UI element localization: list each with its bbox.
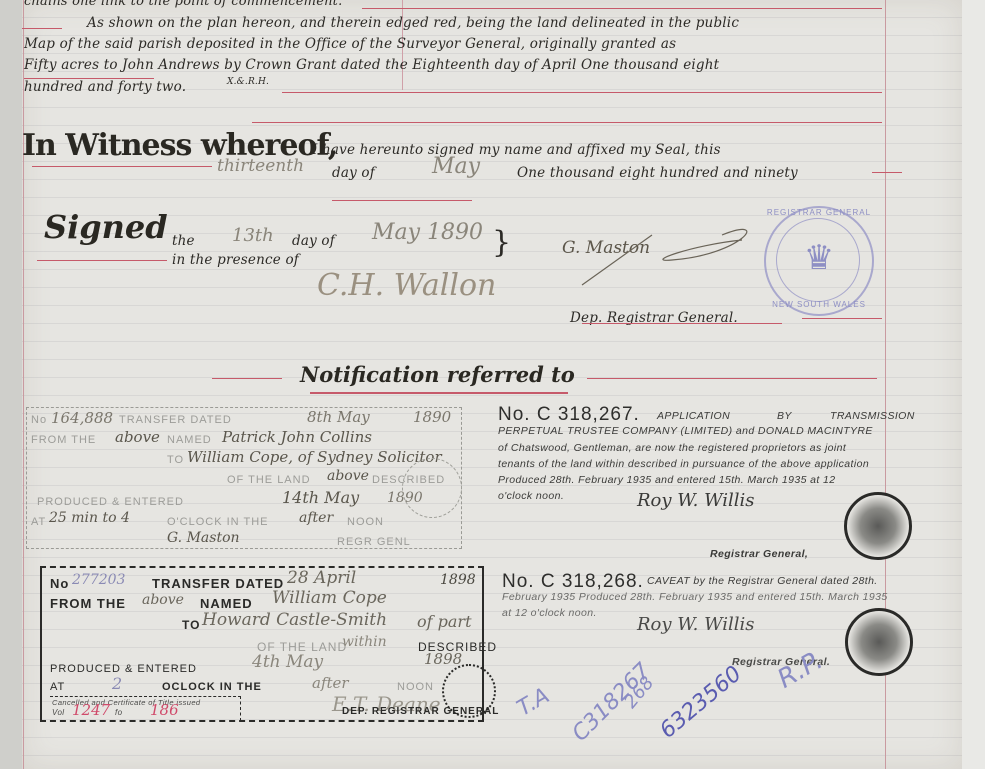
stamp2-of-part: of part bbox=[417, 612, 472, 631]
entry1-line5: Produced 28th. February 1935 and entered… bbox=[498, 474, 836, 486]
binding-edge bbox=[0, 0, 23, 769]
cancelled-fol: 186 bbox=[150, 701, 179, 719]
red-rule bbox=[310, 392, 568, 394]
stamp1-to-value: William Cope, of Sydney Solicitor bbox=[187, 448, 442, 466]
description-line-2: As shown on the plan hereon, and therein… bbox=[87, 15, 739, 31]
registrar-seal-black bbox=[844, 492, 912, 560]
stamp2-year: 1898 bbox=[440, 572, 476, 588]
stamp2-to-label: TO bbox=[182, 618, 200, 632]
red-rule bbox=[872, 172, 902, 173]
witness-text: I have hereunto signed my name and affix… bbox=[312, 142, 721, 158]
witness-year-text: One thousand eight hundred and ninety bbox=[517, 165, 798, 181]
stamp2-from-label: FROM THE bbox=[50, 596, 126, 611]
description-line-1: chains one link to the point of commence… bbox=[24, 0, 342, 9]
signed-day-of: day of bbox=[292, 233, 335, 249]
red-rule bbox=[22, 28, 62, 29]
stamp2-of-land-value: within bbox=[342, 634, 387, 650]
entry1-line6: o'clock noon. bbox=[498, 490, 564, 502]
stamp2-number: 277203 bbox=[72, 572, 125, 588]
description-line-3: Map of the said parish deposited in the … bbox=[24, 36, 676, 52]
stamp1-dated: 8th May bbox=[307, 408, 370, 426]
cancelled-vol: 1247 bbox=[72, 701, 110, 719]
entry2-line1: CAVEAT by the Registrar General dated 28… bbox=[647, 575, 878, 587]
stamp1-seal bbox=[402, 458, 462, 518]
stamp1-year: 1890 bbox=[413, 408, 451, 426]
stamp1-to-label: TO bbox=[167, 454, 184, 466]
stamp1-reg-gen-label: REGR GENL bbox=[337, 536, 411, 548]
stamp1-of-land-value: above bbox=[327, 468, 369, 484]
left-margin-rule bbox=[23, 0, 24, 769]
stamp1-from-label: FROM THE bbox=[31, 434, 96, 446]
entry1-heading-application: APPLICATION bbox=[657, 410, 730, 422]
signed-day: 13th bbox=[232, 225, 274, 246]
red-rule bbox=[282, 92, 882, 93]
initials: X.&.R.H. bbox=[227, 77, 269, 87]
red-rule bbox=[802, 318, 882, 319]
witness-signature: C.H. Wallon bbox=[317, 268, 496, 303]
stamp2-named-value: William Cope bbox=[272, 588, 387, 608]
stamp2-from-value: above bbox=[142, 592, 184, 608]
signed-presence: in the presence of bbox=[172, 252, 299, 268]
entry1-line2: PERPETUAL TRUSTEE COMPANY (LIMITED) and … bbox=[498, 425, 873, 437]
entry1-title: Registrar General, bbox=[710, 548, 808, 560]
seal-top-text: REGISTRAR GENERAL bbox=[766, 208, 872, 217]
stamp2-at-value: 2 bbox=[112, 674, 122, 693]
entry2-line2: February 1935 Produced 28th. February 19… bbox=[502, 591, 888, 603]
stamp1-clock-label: O'CLOCK IN THE bbox=[167, 516, 268, 528]
stamp2-transfer-dated-label: TRANSFER DATED bbox=[152, 576, 284, 591]
red-rule bbox=[587, 378, 877, 379]
witness-day-handwritten: thirteenth bbox=[217, 156, 304, 176]
stamp1-signature: G. Maston bbox=[167, 530, 240, 546]
signed-heading: Signed bbox=[44, 208, 168, 246]
stamp1-no-label: No bbox=[31, 414, 47, 426]
signed-month-year: May 1890 bbox=[372, 220, 483, 245]
red-rule bbox=[212, 378, 282, 379]
stamp1-named-label: NAMED bbox=[167, 434, 212, 446]
cancelled-vol-label: Vol bbox=[52, 708, 64, 717]
red-rule bbox=[582, 323, 782, 324]
entry1-heading-transmission: TRANSMISSION bbox=[830, 410, 915, 422]
transfer-stamp-277203: No 277203 TRANSFER DATED 28 April 1898 F… bbox=[40, 566, 484, 722]
stamp2-to-value: Howard Castle-Smith bbox=[202, 610, 387, 630]
entry1-line4: tenants of the land within described in … bbox=[498, 458, 869, 470]
brace: } bbox=[492, 225, 511, 260]
entry2-number: No. C 318,268. bbox=[502, 571, 644, 593]
stamp1-noon-label: NOON bbox=[347, 516, 384, 528]
entry2-line3: at 12 o'clock noon. bbox=[502, 607, 597, 619]
stamp2-dated: 28 April bbox=[287, 568, 356, 588]
stamp2-seal bbox=[442, 664, 496, 718]
entry2-signature: Roy W. Willis bbox=[637, 614, 755, 635]
signed-the: the bbox=[172, 233, 195, 249]
stamp1-of-land-label: OF THE LAND bbox=[227, 474, 311, 486]
register-page: chains one link to the point of commence… bbox=[22, 0, 962, 769]
witness-month: May bbox=[432, 154, 480, 179]
stamp1-named-value: Patrick John Collins bbox=[222, 428, 372, 446]
stamp1-clock-value: after bbox=[299, 510, 333, 526]
stamp1-number: 164,888 bbox=[51, 409, 113, 427]
pencil-note-6323560: 6323560 bbox=[655, 661, 746, 743]
cancelled-box: Cancelled and Certificate of Title issue… bbox=[50, 696, 241, 721]
stamp2-no-label: No bbox=[50, 576, 69, 591]
witness-day-of: day of bbox=[332, 165, 375, 181]
red-rule bbox=[362, 8, 882, 9]
pencil-note-rp: R.P. bbox=[773, 645, 828, 694]
stamp2-clock-label: OCLOCK IN THE bbox=[162, 681, 262, 693]
registrar-general-seal: REGISTRAR GENERAL ♛ NEW SOUTH WALES bbox=[764, 206, 874, 316]
stamp1-produced-label: PRODUCED & ENTERED bbox=[37, 496, 184, 508]
stamp1-from-value: above bbox=[115, 428, 160, 446]
stamp1-at-value: 25 min to 4 bbox=[49, 510, 130, 526]
stamp2-clock-value: after bbox=[312, 674, 349, 692]
stamp2-produced-label: PRODUCED & ENTERED bbox=[50, 663, 197, 675]
cancelled-fol-label: fo bbox=[115, 708, 122, 717]
stamp1-at-label: AT bbox=[31, 516, 46, 528]
entry1-number: No. C 318,267. bbox=[498, 404, 640, 426]
entry1-heading-by: BY bbox=[777, 410, 792, 422]
pencil-note-ta: T.A bbox=[513, 683, 554, 721]
transfer-stamp-164888: No 164,888 TRANSFER DATED 8th May 1890 F… bbox=[26, 407, 462, 549]
red-rule bbox=[252, 122, 882, 123]
stamp1-transfer-dated-label: TRANSFER DATED bbox=[119, 414, 232, 426]
red-rule bbox=[32, 166, 212, 167]
description-line-5: hundred and forty two. bbox=[24, 79, 186, 95]
description-line-4: Fifty acres to John Andrews by Crown Gra… bbox=[24, 57, 719, 73]
entry1-line3: of Chatswood, Gentleman, are now the reg… bbox=[498, 442, 846, 454]
red-rule bbox=[332, 200, 472, 201]
page-edge bbox=[962, 0, 985, 769]
stamp1-produced-value: 14th May bbox=[282, 488, 359, 507]
notification-heading: Notification referred to bbox=[300, 362, 575, 387]
registrar-seal-black-2 bbox=[845, 608, 913, 676]
coat-of-arms-icon: ♛ bbox=[796, 233, 842, 283]
stamp2-named-label: NAMED bbox=[200, 596, 253, 611]
entry1-signature: Roy W. Willis bbox=[637, 490, 755, 511]
stamp2-produced-year: 1898 bbox=[424, 650, 462, 668]
seal-bottom-text: NEW SOUTH WALES bbox=[766, 300, 872, 309]
signature-flourish bbox=[542, 215, 772, 295]
red-rule bbox=[37, 260, 167, 261]
stamp2-at-label: AT bbox=[50, 681, 65, 693]
stamp2-produced-value: 4th May bbox=[252, 652, 323, 672]
